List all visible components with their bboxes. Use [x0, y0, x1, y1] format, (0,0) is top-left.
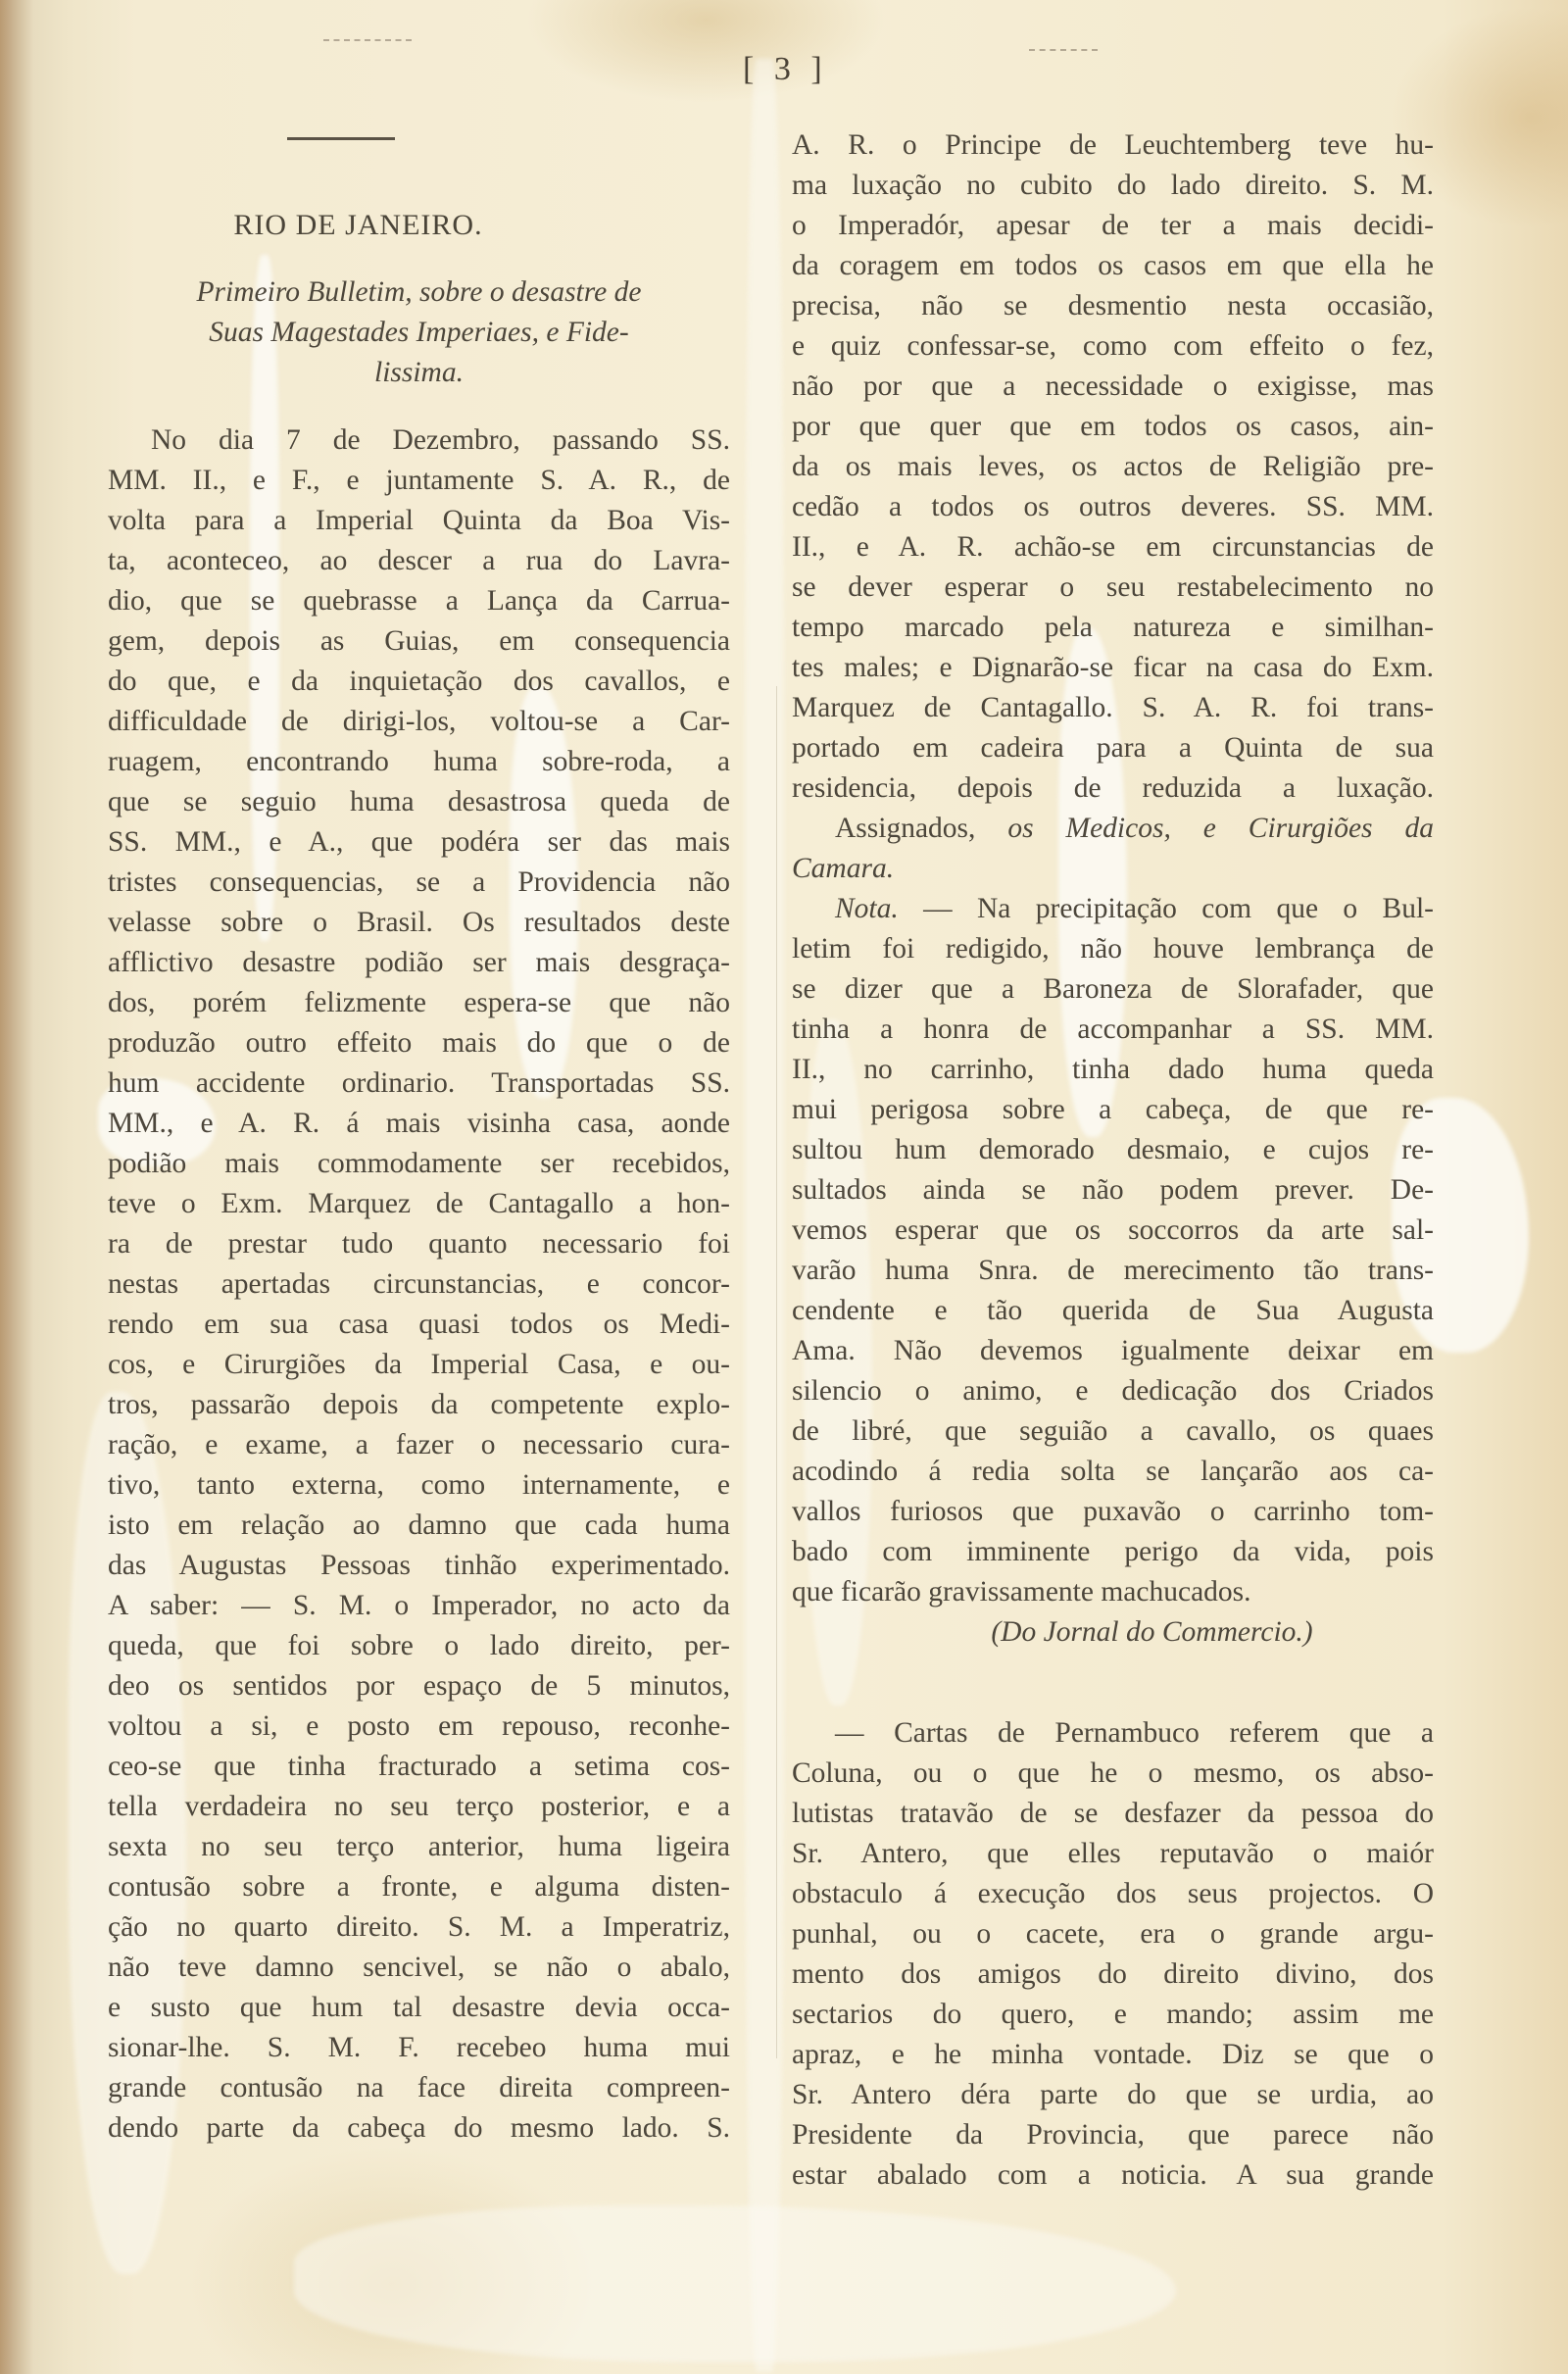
bulletin-line: residencia, depois de reduzida a luxação… — [792, 768, 1434, 809]
note-line: vallos furiosos que puxavão o carrinho t… — [792, 1492, 1434, 1532]
body-line: MM. II., e F., e juntamente S. A. R., de — [108, 461, 730, 501]
news-line: apraz, e he minha vontade. Diz se que o — [792, 2035, 1434, 2075]
body-line: gem, depois as Guias, em consequencia — [108, 621, 730, 662]
note-line: letim foi redigido, não houve lembrança … — [792, 929, 1434, 969]
right-column: A. R. o Principe de Leuchtemberg teve hu… — [792, 125, 1434, 2196]
section-heading: RIO DE JANEIRO. — [47, 205, 669, 245]
news-line: Presidente da Provincia, que parece não — [792, 2115, 1434, 2155]
body-line: e susto que hum tal desastre devia occa- — [108, 1988, 730, 2028]
note-line: que ficarão gravissamente machucados. — [792, 1572, 1434, 1612]
note-line: II., no carrinho, tinha dado huma queda — [792, 1050, 1434, 1090]
note-line: se dizer que a Baroneza de Slorafader, q… — [792, 969, 1434, 1010]
body-line: queda, que foi sobre o lado direito, per… — [108, 1626, 730, 1666]
body-line: SS. MM., e A., que podéra ser das mais — [108, 822, 730, 863]
news-line: mento dos amigos do direito divino, dos — [792, 1954, 1434, 1995]
bulletin-line: Marquez de Cantagallo. S. A. R. foi tran… — [792, 688, 1434, 728]
body-line: isto em relação ao damno que cada huma — [108, 1506, 730, 1546]
heading-rule — [287, 137, 395, 140]
body-line: ção no quarto direito. S. M. a Imperatri… — [108, 1907, 730, 1948]
body-line: dendo parte da cabeça do mesmo lado. S. — [108, 2108, 730, 2149]
news-line: obstaculo á execução dos seus projectos.… — [792, 1874, 1434, 1914]
body-line: A saber: — S. M. o Imperador, no acto da — [108, 1586, 730, 1626]
bulletin-line: cedão a todos os outros deveres. SS. MM. — [792, 487, 1434, 527]
body-line: teve o Exm. Marquez de Cantagallo a hon- — [108, 1184, 730, 1224]
left-column: RIO DE JANEIRO. Primeiro Bulletim, sobre… — [108, 118, 730, 2149]
bulletin-line: tes males; e Dignarão-se ficar na casa d… — [792, 648, 1434, 688]
note-line: silencio o animo, e dedicação dos Criado… — [792, 1371, 1434, 1411]
note-line: vemos esperar que os soccorros da arte s… — [792, 1211, 1434, 1251]
note-line: sultados ainda se não podem prever. De- — [792, 1170, 1434, 1211]
body-line: voltou a si, e posto em repouso, reconhe… — [108, 1706, 730, 1747]
page-number: [ 3 ] — [743, 51, 828, 88]
bulletin-line: portado em cadeira para a Quinta de sua — [792, 728, 1434, 768]
body-line: tivo, tanto externa, como internamente, … — [108, 1465, 730, 1506]
body-line: ta, aconteceo, ao descer a rua do Lavra- — [108, 541, 730, 581]
subtitle-line: Suas Magestades Imperiaes, e Fide- — [108, 313, 730, 353]
bulletin-line: ma luxação no cubito do lado direito. S.… — [792, 166, 1434, 206]
body-line: cos, e Cirurgiões da Imperial Casa, e ou… — [108, 1345, 730, 1385]
news-line: Coluna, ou o que he o mesmo, os abso- — [792, 1754, 1434, 1794]
body-line: difficuldade de dirigi-los, voltou-se a … — [108, 702, 730, 742]
body-line: velasse sobre o Brasil. Os resultados de… — [108, 903, 730, 943]
news-line: sectarios do quero, e mando; assim me — [792, 1995, 1434, 2035]
body-line: dio, que se quebrasse a Lança da Carrua- — [108, 581, 730, 621]
bulletin-line: A. R. o Principe de Leuchtemberg teve hu… — [792, 125, 1434, 166]
news-line: Sr. Antero, que elles reputavão o maiór — [792, 1834, 1434, 1874]
signature-line: Camara. — [792, 849, 1434, 889]
bulletin-line: precisa, não se desmentio nesta occasião… — [792, 286, 1434, 326]
body-line: podião mais commodamente ser recebidos, — [108, 1144, 730, 1184]
subtitle-line: Primeiro Bulletim, sobre o desastre de — [108, 272, 730, 313]
note-line: sultou hum demorado desmaio, e cujos re- — [792, 1130, 1434, 1170]
bulletin-line: da coragem em todos os casos em que ella… — [792, 246, 1434, 286]
news-line: — Cartas de Pernambuco referem que a — [792, 1713, 1434, 1754]
bulletin-line: o Imperadór, apesar de ter a mais decidi… — [792, 206, 1434, 246]
body-line: que se seguio huma desastrosa queda de — [108, 782, 730, 822]
note-line: bado com imminente perigo da vida, pois — [792, 1532, 1434, 1572]
body-line: No dia 7 de Dezembro, passando SS. — [108, 420, 730, 461]
top-rule-right — [1029, 49, 1098, 51]
body-line: MM., e A. R. á mais visinha casa, aonde — [108, 1104, 730, 1144]
body-line: das Augustas Pessoas tinhão experimentad… — [108, 1546, 730, 1586]
note-label: Nota. — [835, 893, 899, 924]
body-line: ração, e exame, a fazer o necessario cur… — [108, 1425, 730, 1465]
body-line: hum accidente ordinario. Transportadas S… — [108, 1063, 730, 1104]
note-line: mui perigosa sobre a cabeça, de que re- — [792, 1090, 1434, 1130]
note-line: Ama. Não devemos igualmente deixar em — [792, 1331, 1434, 1371]
body-line: sionar-lhe. S. M. F. recebeo huma mui — [108, 2028, 730, 2068]
note-line: tinha a honra de accompanhar a SS. MM. — [792, 1010, 1434, 1050]
bulletin-line: e quiz confessar-se, como com effeito o … — [792, 326, 1434, 367]
body-line: tristes consequencias, se a Providencia … — [108, 863, 730, 903]
body-line: ra de prestar tudo quanto necessario foi — [108, 1224, 730, 1264]
body-line: ruagem, encontrando huma sobre-roda, a — [108, 742, 730, 782]
news-line: punhal, ou o cacete, era o grande argu- — [792, 1914, 1434, 1954]
note-text: — Na precipitação com que o Bul- — [899, 893, 1434, 924]
water-stain — [294, 2205, 1176, 2362]
body-line: ceo-se que tinha fracturado a setima cos… — [108, 1747, 730, 1787]
top-rule-left — [323, 39, 412, 41]
bulletin-line: por que quer que em todos os casos, ain- — [792, 407, 1434, 447]
note-line: de libré, que seguião a cavallo, os quae… — [792, 1411, 1434, 1452]
news-line: estar abalado com a noticia. A sua grand… — [792, 2155, 1434, 2196]
signature-prefix: Assignados, — [835, 813, 1007, 844]
note-line: Nota. — Na precipitação com que o Bul- — [792, 889, 1434, 929]
signature-line: Assignados, os Medicos, e Cirurgiões da — [792, 809, 1434, 849]
body-line: contusão sobre a fronte, e alguma disten… — [108, 1867, 730, 1907]
signature-names: os Medicos, e Cirurgiões da — [1007, 813, 1434, 844]
body-line: afflictivo desastre podião ser mais desg… — [108, 943, 730, 983]
bulletin-line: II., e A. R. achão-se em circunstancias … — [792, 527, 1434, 568]
body-line: grande contusão na face direita compreen… — [108, 2068, 730, 2108]
note-line: acodindo á redia solta se lançarão aos c… — [792, 1452, 1434, 1492]
bulletin-line: não por que a necessidade o exigisse, ma… — [792, 367, 1434, 407]
subtitle-line: lissima. — [108, 353, 730, 393]
body-line: sexta no seu terço anterior, huma ligeir… — [108, 1827, 730, 1867]
body-line: tros, passarão depois da competente expl… — [108, 1385, 730, 1425]
body-line: deo os sentidos por espaço de 5 minutos, — [108, 1666, 730, 1706]
body-line: produzão outro effeito mais do que o de — [108, 1023, 730, 1063]
body-line: nestas apertadas circunstancias, e conco… — [108, 1264, 730, 1305]
news-line: Sr. Antero déra parte do que se urdia, a… — [792, 2075, 1434, 2115]
note-line: cendente e tão querida de Sua Augusta — [792, 1291, 1434, 1331]
column-divider — [776, 686, 777, 2058]
note-line: varão huma Snra. de merecimento tão tran… — [792, 1251, 1434, 1291]
source-attribution: (Do Jornal do Commercio.) — [792, 1612, 1434, 1653]
body-line: rendo em sua casa quasi todos os Medi- — [108, 1305, 730, 1345]
body-line: não teve damno sencivel, se não o abalo, — [108, 1948, 730, 1988]
water-stain — [745, 59, 784, 2372]
body-line: volta para a Imperial Quinta da Boa Vis- — [108, 501, 730, 541]
body-line: do que, e da inquietação dos cavallos, e — [108, 662, 730, 702]
body-line: tella verdadeira no seu terço posterior,… — [108, 1787, 730, 1827]
newspaper-page: [ 3 ] RIO DE JANEIRO. Primeiro Bulletim,… — [0, 0, 1568, 2374]
bulletin-line: da os mais leves, os actos de Religião p… — [792, 447, 1434, 487]
news-line: lutistas tratavão de se desfazer da pess… — [792, 1794, 1434, 1834]
bulletin-line: tempo marcado pela natureza e similhan- — [792, 608, 1434, 648]
bulletin-line: se dever esperar o seu restabelecimento … — [792, 568, 1434, 608]
body-line: dos, porém felizmente espera-se que não — [108, 983, 730, 1023]
